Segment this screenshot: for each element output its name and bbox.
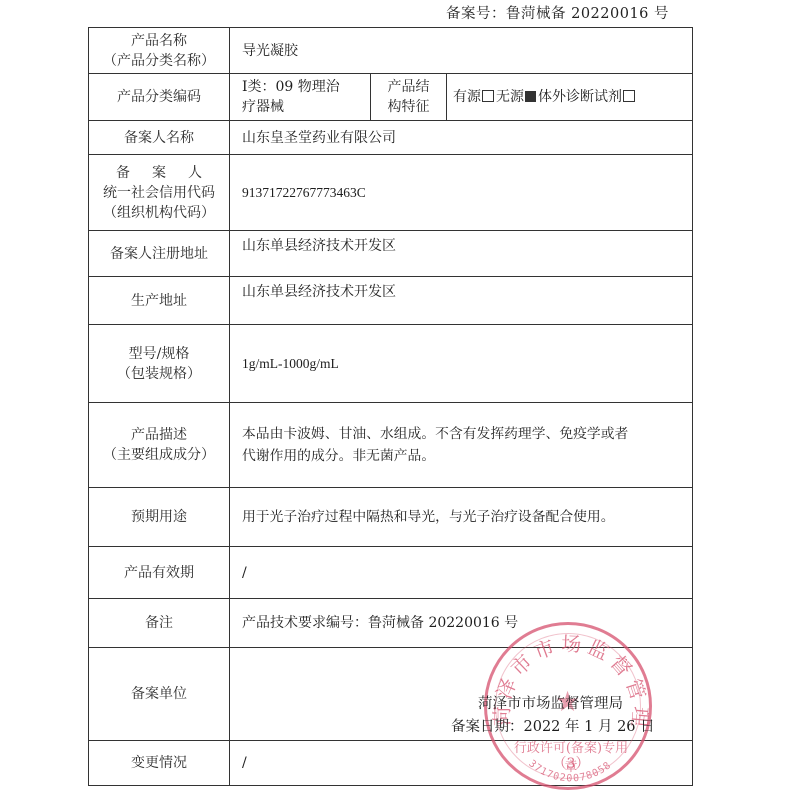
- label-product-description: 产品描述 （主要组成成分）: [89, 403, 230, 488]
- row-classification-code: 产品分类编码 Ⅰ类：09 物理治 疗器械 产品结 构特征 有源无源体外诊断试剂: [89, 74, 693, 121]
- value-production-address: 山东单县经济技术开发区: [230, 277, 693, 325]
- row-registered-address: 备案人注册地址 山东单县经济技术开发区: [89, 231, 693, 277]
- row-product-description: 产品描述 （主要组成成分） 本品由卡波姆、甘油、水组成。不含有发挥药理学、免疫学…: [89, 403, 693, 488]
- label-line: （组织机构代码）: [89, 203, 229, 223]
- label-line: 产品结: [371, 77, 446, 97]
- seal-number: （3）: [547, 753, 595, 773]
- label-production-address: 生产地址: [89, 277, 230, 325]
- record-number-header: 备案号：鲁菏械备 20220016 号: [446, 2, 669, 23]
- row-production-address: 生产地址 山东单县经济技术开发区: [89, 277, 693, 325]
- value-product-name: 导光凝胶: [230, 28, 693, 74]
- row-registrant-name: 备案人名称 山东皇圣堂药业有限公司: [89, 121, 693, 155]
- label-line: （主要组成成分）: [89, 445, 229, 465]
- label-filing-unit: 备案单位: [89, 648, 230, 741]
- label-line: 产品描述: [89, 425, 229, 445]
- label-line: （包装规格）: [89, 364, 229, 384]
- value-validity-period: /: [230, 547, 693, 599]
- label-structure-feature: 产品结 构特征: [371, 74, 447, 121]
- label-line: 统一社会信用代码: [89, 183, 229, 203]
- row-model-spec: 型号/规格 （包装规格） 1g/mL-1000g/mL: [89, 325, 693, 403]
- code-line: 疗器械: [242, 97, 370, 117]
- option-ivd-label: 体外诊断试剂: [538, 89, 622, 105]
- label-line: （产品分类名称）: [89, 51, 229, 71]
- label-line: 产品名称: [89, 31, 229, 51]
- row-validity-period: 产品有效期 /: [89, 547, 693, 599]
- checkbox-active-unchecked[interactable]: [482, 90, 494, 102]
- label-credit-code: 备案人 统一社会信用代码 （组织机构代码）: [89, 155, 230, 231]
- value-registered-address: 山东单县经济技术开发区: [230, 231, 693, 277]
- label-model-spec: 型号/规格 （包装规格）: [89, 325, 230, 403]
- label-product-name: 产品名称 （产品分类名称）: [89, 28, 230, 74]
- label-line: 备案人: [89, 163, 229, 183]
- checkbox-ivd-unchecked[interactable]: [623, 90, 635, 102]
- description-line: 本品由卡波姆、甘油、水组成。不含有发挥药理学、免疫学或者: [242, 423, 692, 445]
- filing-authority: 菏泽市市场监督管理局: [478, 692, 623, 713]
- value-registrant-name: 山东皇圣堂药业有限公司: [230, 121, 693, 155]
- label-classification-code: 产品分类编码: [89, 74, 230, 121]
- filing-date: 备案日期：2022 年 1 月 26 日: [451, 715, 655, 736]
- label-change-status: 变更情况: [89, 741, 230, 786]
- row-product-name: 产品名称 （产品分类名称） 导光凝胶: [89, 28, 693, 74]
- value-model-spec: 1g/mL-1000g/mL: [230, 325, 693, 403]
- row-intended-use: 预期用途 用于光子治疗过程中隔热和导光，与光子治疗设备配合使用。: [89, 488, 693, 547]
- option-passive-label: 无源: [496, 89, 524, 105]
- label-line: 构特征: [371, 97, 446, 117]
- label-validity-period: 产品有效期: [89, 547, 230, 599]
- label-remarks: 备注: [89, 599, 230, 648]
- code-line: Ⅰ类：09 物理治: [242, 77, 370, 97]
- label-registrant-name: 备案人名称: [89, 121, 230, 155]
- description-line: 代谢作用的成分。非无菌产品。: [242, 445, 692, 467]
- structure-options: 有源无源体外诊断试剂: [447, 74, 693, 121]
- checkbox-passive-checked[interactable]: [525, 91, 536, 102]
- value-product-description: 本品由卡波姆、甘油、水组成。不含有发挥药理学、免疫学或者 代谢作用的成分。非无菌…: [230, 403, 693, 488]
- label-registered-address: 备案人注册地址: [89, 231, 230, 277]
- value-credit-code: 91371722767773463C: [230, 155, 693, 231]
- value-classification-code: Ⅰ类：09 物理治 疗器械: [230, 74, 371, 121]
- label-intended-use: 预期用途: [89, 488, 230, 547]
- label-line: 型号/规格: [89, 344, 229, 364]
- row-credit-code: 备案人 统一社会信用代码 （组织机构代码） 91371722767773463C: [89, 155, 693, 231]
- option-active-label: 有源: [453, 89, 481, 105]
- value-intended-use: 用于光子治疗过程中隔热和导光，与光子治疗设备配合使用。: [230, 488, 693, 547]
